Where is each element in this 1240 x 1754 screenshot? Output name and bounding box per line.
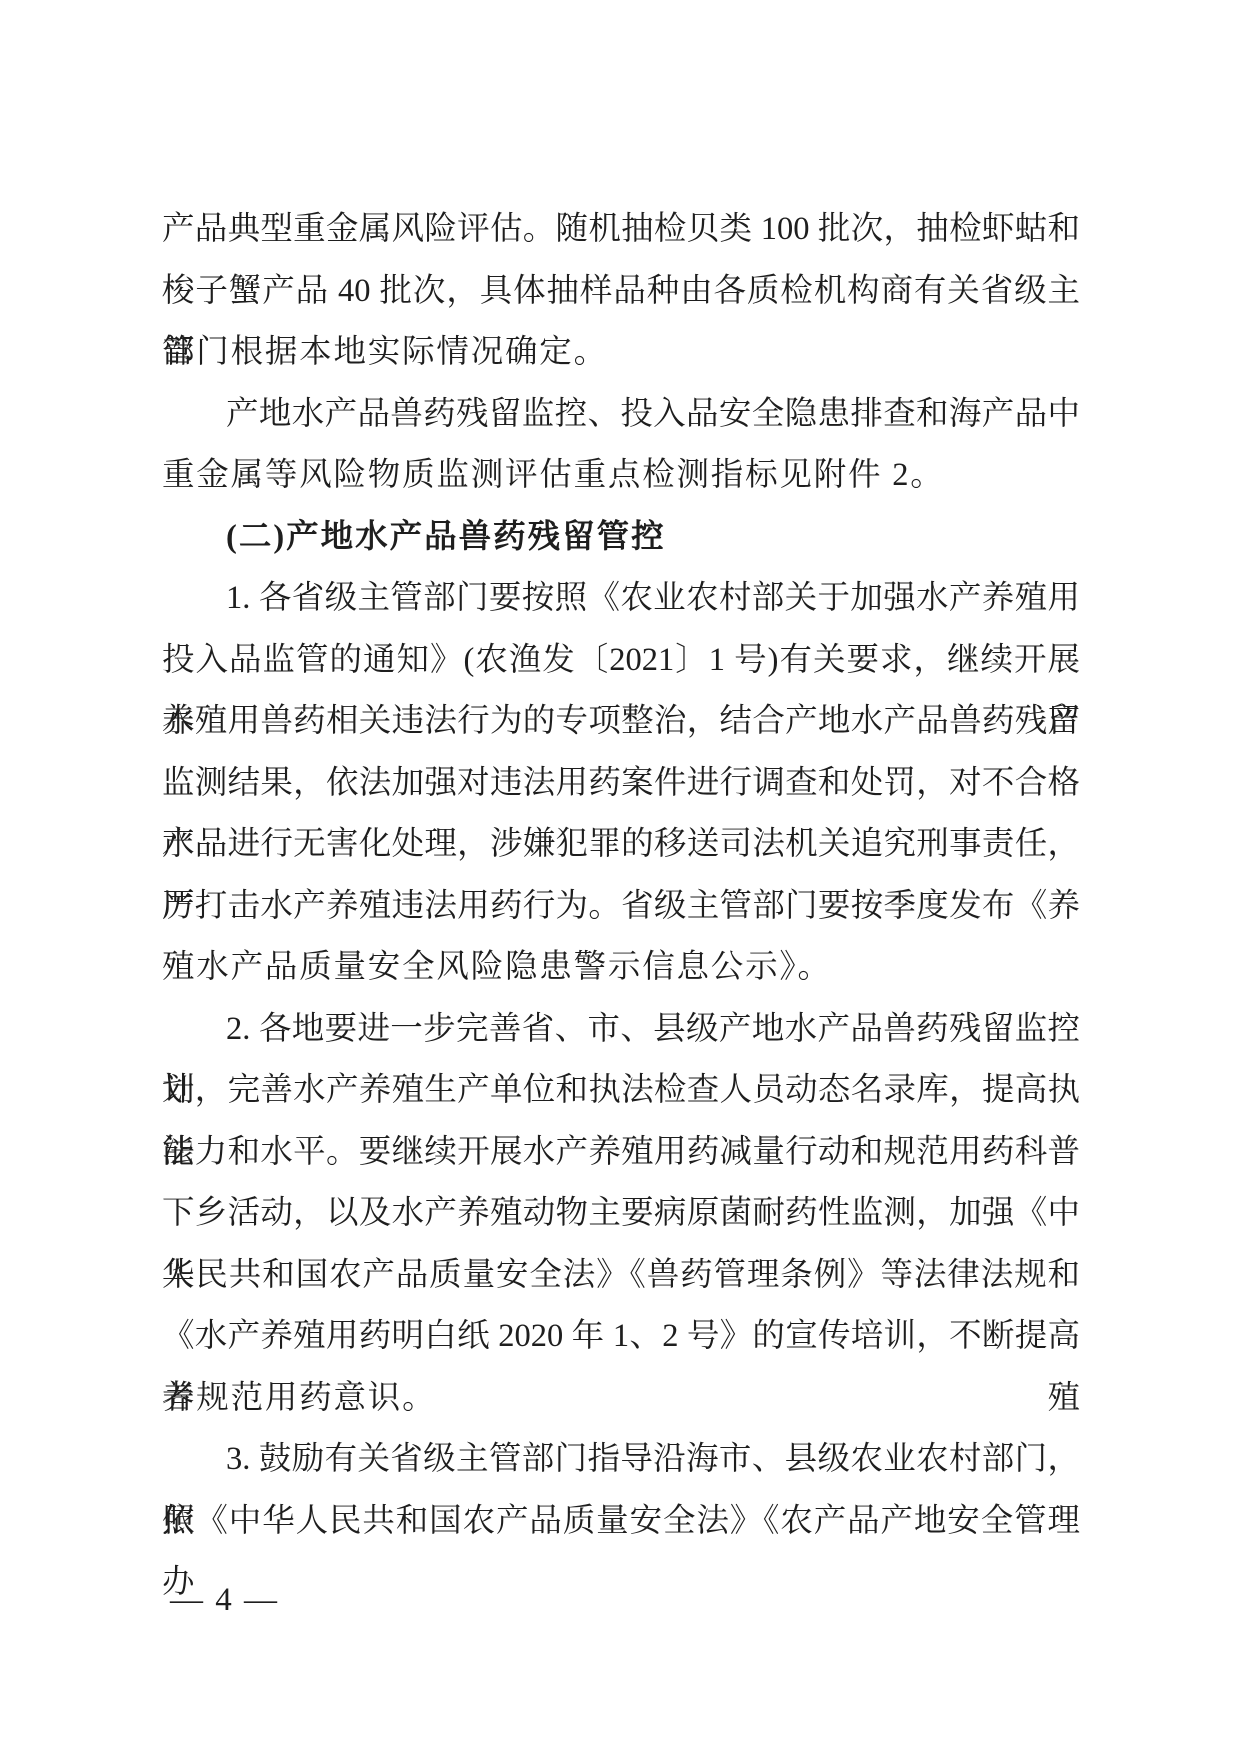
text-line: 划，完善水产养殖生产单位和执法检查人员动态名录库，提高执法 <box>162 1060 1080 1122</box>
document-body: 产品典型重金属风险评估。随机抽检贝类 100 批次，抽检虾蛄和 梭子蟹产品 40… <box>162 199 1080 1552</box>
text-line: 部门根据本地实际情况确定。 <box>162 322 1080 384</box>
text-line: 厉打击水产养殖违法用药行为。省级主管部门要按季度发布《养 <box>162 876 1080 938</box>
text-line: 下乡活动，以及水产养殖动物主要病原菌耐药性监测，加强《中华 <box>162 1183 1080 1245</box>
text-line: 《水产养殖用药明白纸 2020 年 1、2 号》的宣传培训，不断提高养殖 <box>162 1306 1080 1368</box>
page-number: — 4 — <box>170 1580 279 1620</box>
text-line: 重金属等风险物质监测评估重点检测指标见附件 2。 <box>162 445 1080 507</box>
text-line: 3. 鼓励有关省级主管部门指导沿海市、县级农业农村部门，依 <box>162 1429 1080 1491</box>
text-line: 产品典型重金属风险评估。随机抽检贝类 100 批次，抽检虾蛄和 <box>162 199 1080 261</box>
text-line: 产品进行无害化处理，涉嫌犯罪的移送司法机关追究刑事责任，严 <box>162 814 1080 876</box>
text-line: 1. 各省级主管部门要按照《农业农村部关于加强水产养殖用 <box>162 568 1080 630</box>
document-page: 产品典型重金属风险评估。随机抽检贝类 100 批次，抽检虾蛄和 梭子蟹产品 40… <box>0 0 1240 1754</box>
text-line: 殖水产品质量安全风险隐患警示信息公示》。 <box>162 937 1080 999</box>
text-line: 产地水产品兽药残留监控、投入品安全隐患排查和海产品中 <box>162 384 1080 446</box>
text-line: 人民共和国农产品质量安全法》《兽药管理条例》等法律法规和 <box>162 1245 1080 1307</box>
text-line: 照《中华人民共和国农产品质量安全法》《农产品产地安全管理办 <box>162 1491 1080 1553</box>
text-line: 梭子蟹产品 40 批次，具体抽样品种由各质检机构商有关省级主管 <box>162 261 1080 323</box>
text-line: 养殖用兽药相关违法行为的专项整治，结合产地水产品兽药残留 <box>162 691 1080 753</box>
text-line: 监测结果，依法加强对违法用药案件进行调查和处罚，对不合格水 <box>162 753 1080 815</box>
text-line: 投入品监管的通知》(农渔发〔2021〕1 号)有关要求，继续开展水产 <box>162 630 1080 692</box>
text-line: 能力和水平。要继续开展水产养殖用药减量行动和规范用药科普 <box>162 1122 1080 1184</box>
text-line: 2. 各地要进一步完善省、市、县级产地水产品兽药残留监控计 <box>162 999 1080 1061</box>
section-heading: (二)产地水产品兽药残留管控 <box>162 507 1080 569</box>
